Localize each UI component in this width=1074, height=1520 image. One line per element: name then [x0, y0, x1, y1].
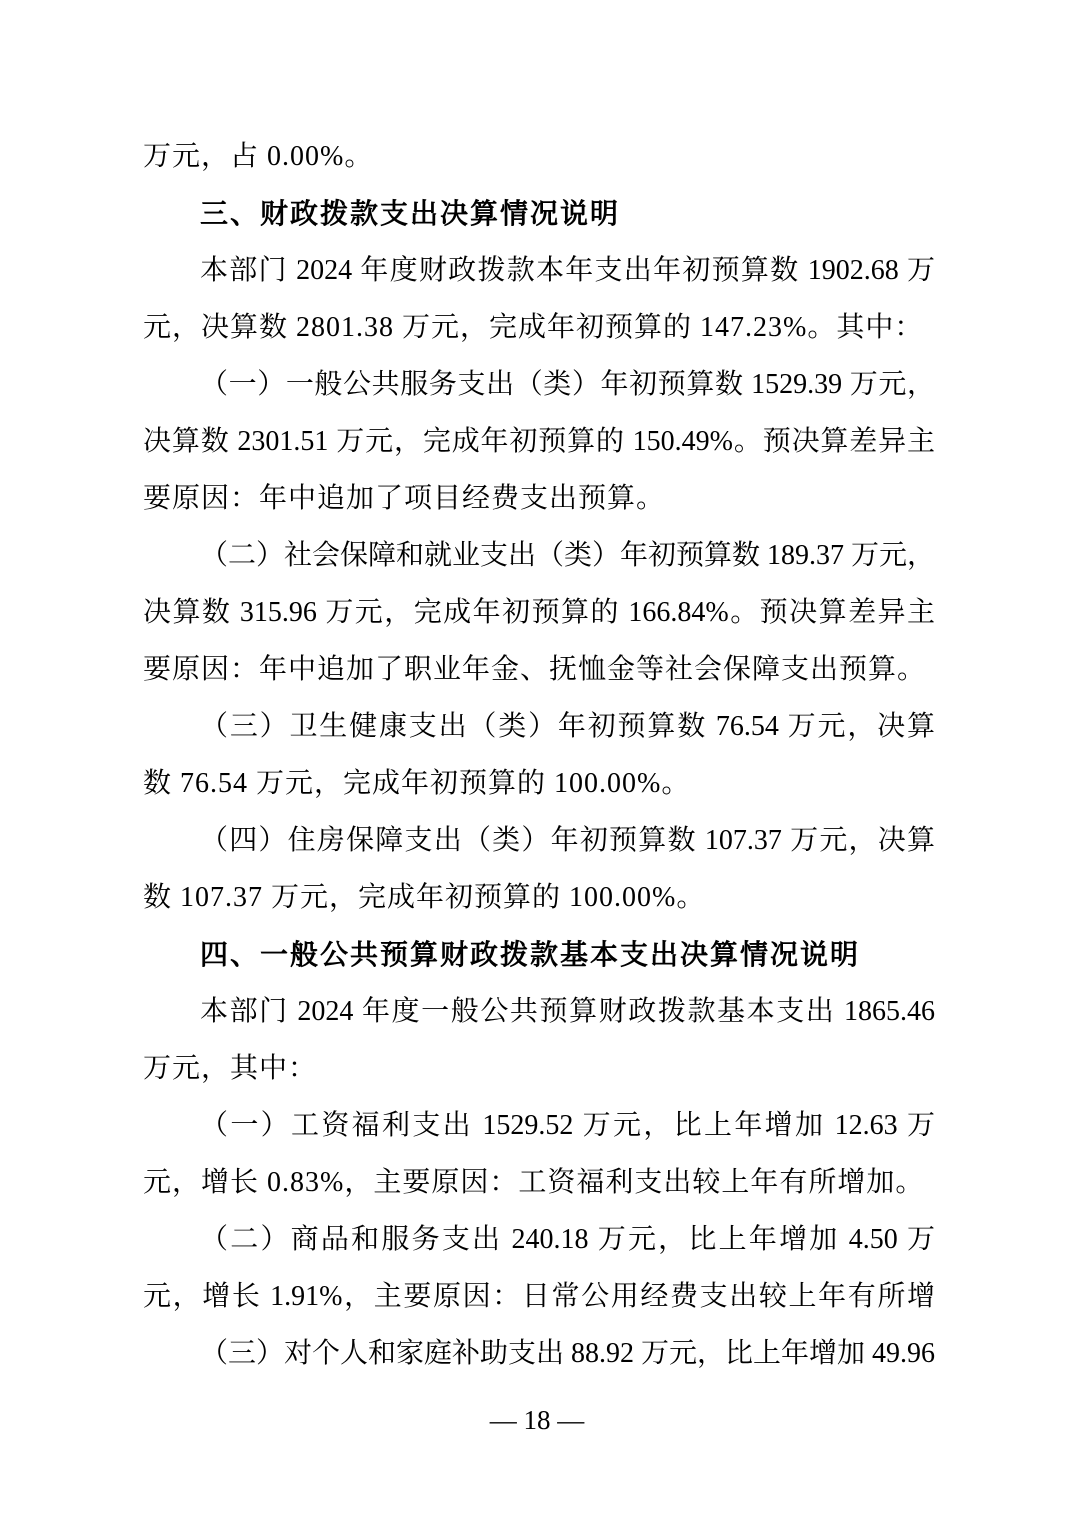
text-line: 本部门 2024 年度一般公共预算财政拨款基本支出 1865.46 — [143, 983, 935, 1040]
text-line: 万元，其中： — [143, 1040, 935, 1097]
text-line: 万元，占 0.00%。 — [143, 128, 935, 185]
text-line: 数 76.54 万元，完成年初预算的 100.00%。 — [143, 755, 935, 812]
text-line: 元，增长 1.91%，主要原因：日常公用经费支出较上年有所增加。 — [143, 1268, 935, 1325]
text-line: 元，增长 0.83%，主要原因：工资福利支出较上年有所增加。 — [143, 1154, 935, 1211]
document-body: 万元，占 0.00%。 三、财政拨款支出决算情况说明 本部门 2024 年度财政… — [143, 128, 935, 1382]
page-number: — 18 — — [0, 1398, 1074, 1442]
text-line: （二）社会保障和就业支出（类）年初预算数 189.37 万元， — [143, 527, 935, 584]
text-line: （一）一般公共服务支出（类）年初预算数 1529.39 万元， — [143, 356, 935, 413]
document-page: 万元，占 0.00%。 三、财政拨款支出决算情况说明 本部门 2024 年度财政… — [0, 0, 1074, 1520]
text-line: 要原因：年中追加了职业年金、抚恤金等社会保障支出预算。 — [143, 641, 935, 698]
text-line: （三）卫生健康支出（类）年初预算数 76.54 万元，决算 — [143, 698, 935, 755]
text-line: 决算数 315.96 万元，完成年初预算的 166.84%。预决算差异主 — [143, 584, 935, 641]
section-heading-3: 三、财政拨款支出决算情况说明 — [143, 185, 935, 242]
section-heading-4: 四、一般公共预算财政拨款基本支出决算情况说明 — [143, 926, 935, 983]
text-line: （二）商品和服务支出 240.18 万元，比上年增加 4.50 万 — [143, 1211, 935, 1268]
text-line: 本部门 2024 年度财政拨款本年支出年初预算数 1902.68 万 — [143, 242, 935, 299]
text-line: （一）工资福利支出 1529.52 万元，比上年增加 12.63 万 — [143, 1097, 935, 1154]
text-line: 数 107.37 万元，完成年初预算的 100.00%。 — [143, 869, 935, 926]
text-line: （三）对个人和家庭补助支出 88.92 万元，比上年增加 49.96 — [143, 1325, 935, 1382]
text-line: （四）住房保障支出（类）年初预算数 107.37 万元，决算 — [143, 812, 935, 869]
text-line: 元，决算数 2801.38 万元，完成年初预算的 147.23%。其中： — [143, 299, 935, 356]
text-line: 要原因：年中追加了项目经费支出预算。 — [143, 470, 935, 527]
text-line: 决算数 2301.51 万元，完成年初预算的 150.49%。预决算差异主 — [143, 413, 935, 470]
